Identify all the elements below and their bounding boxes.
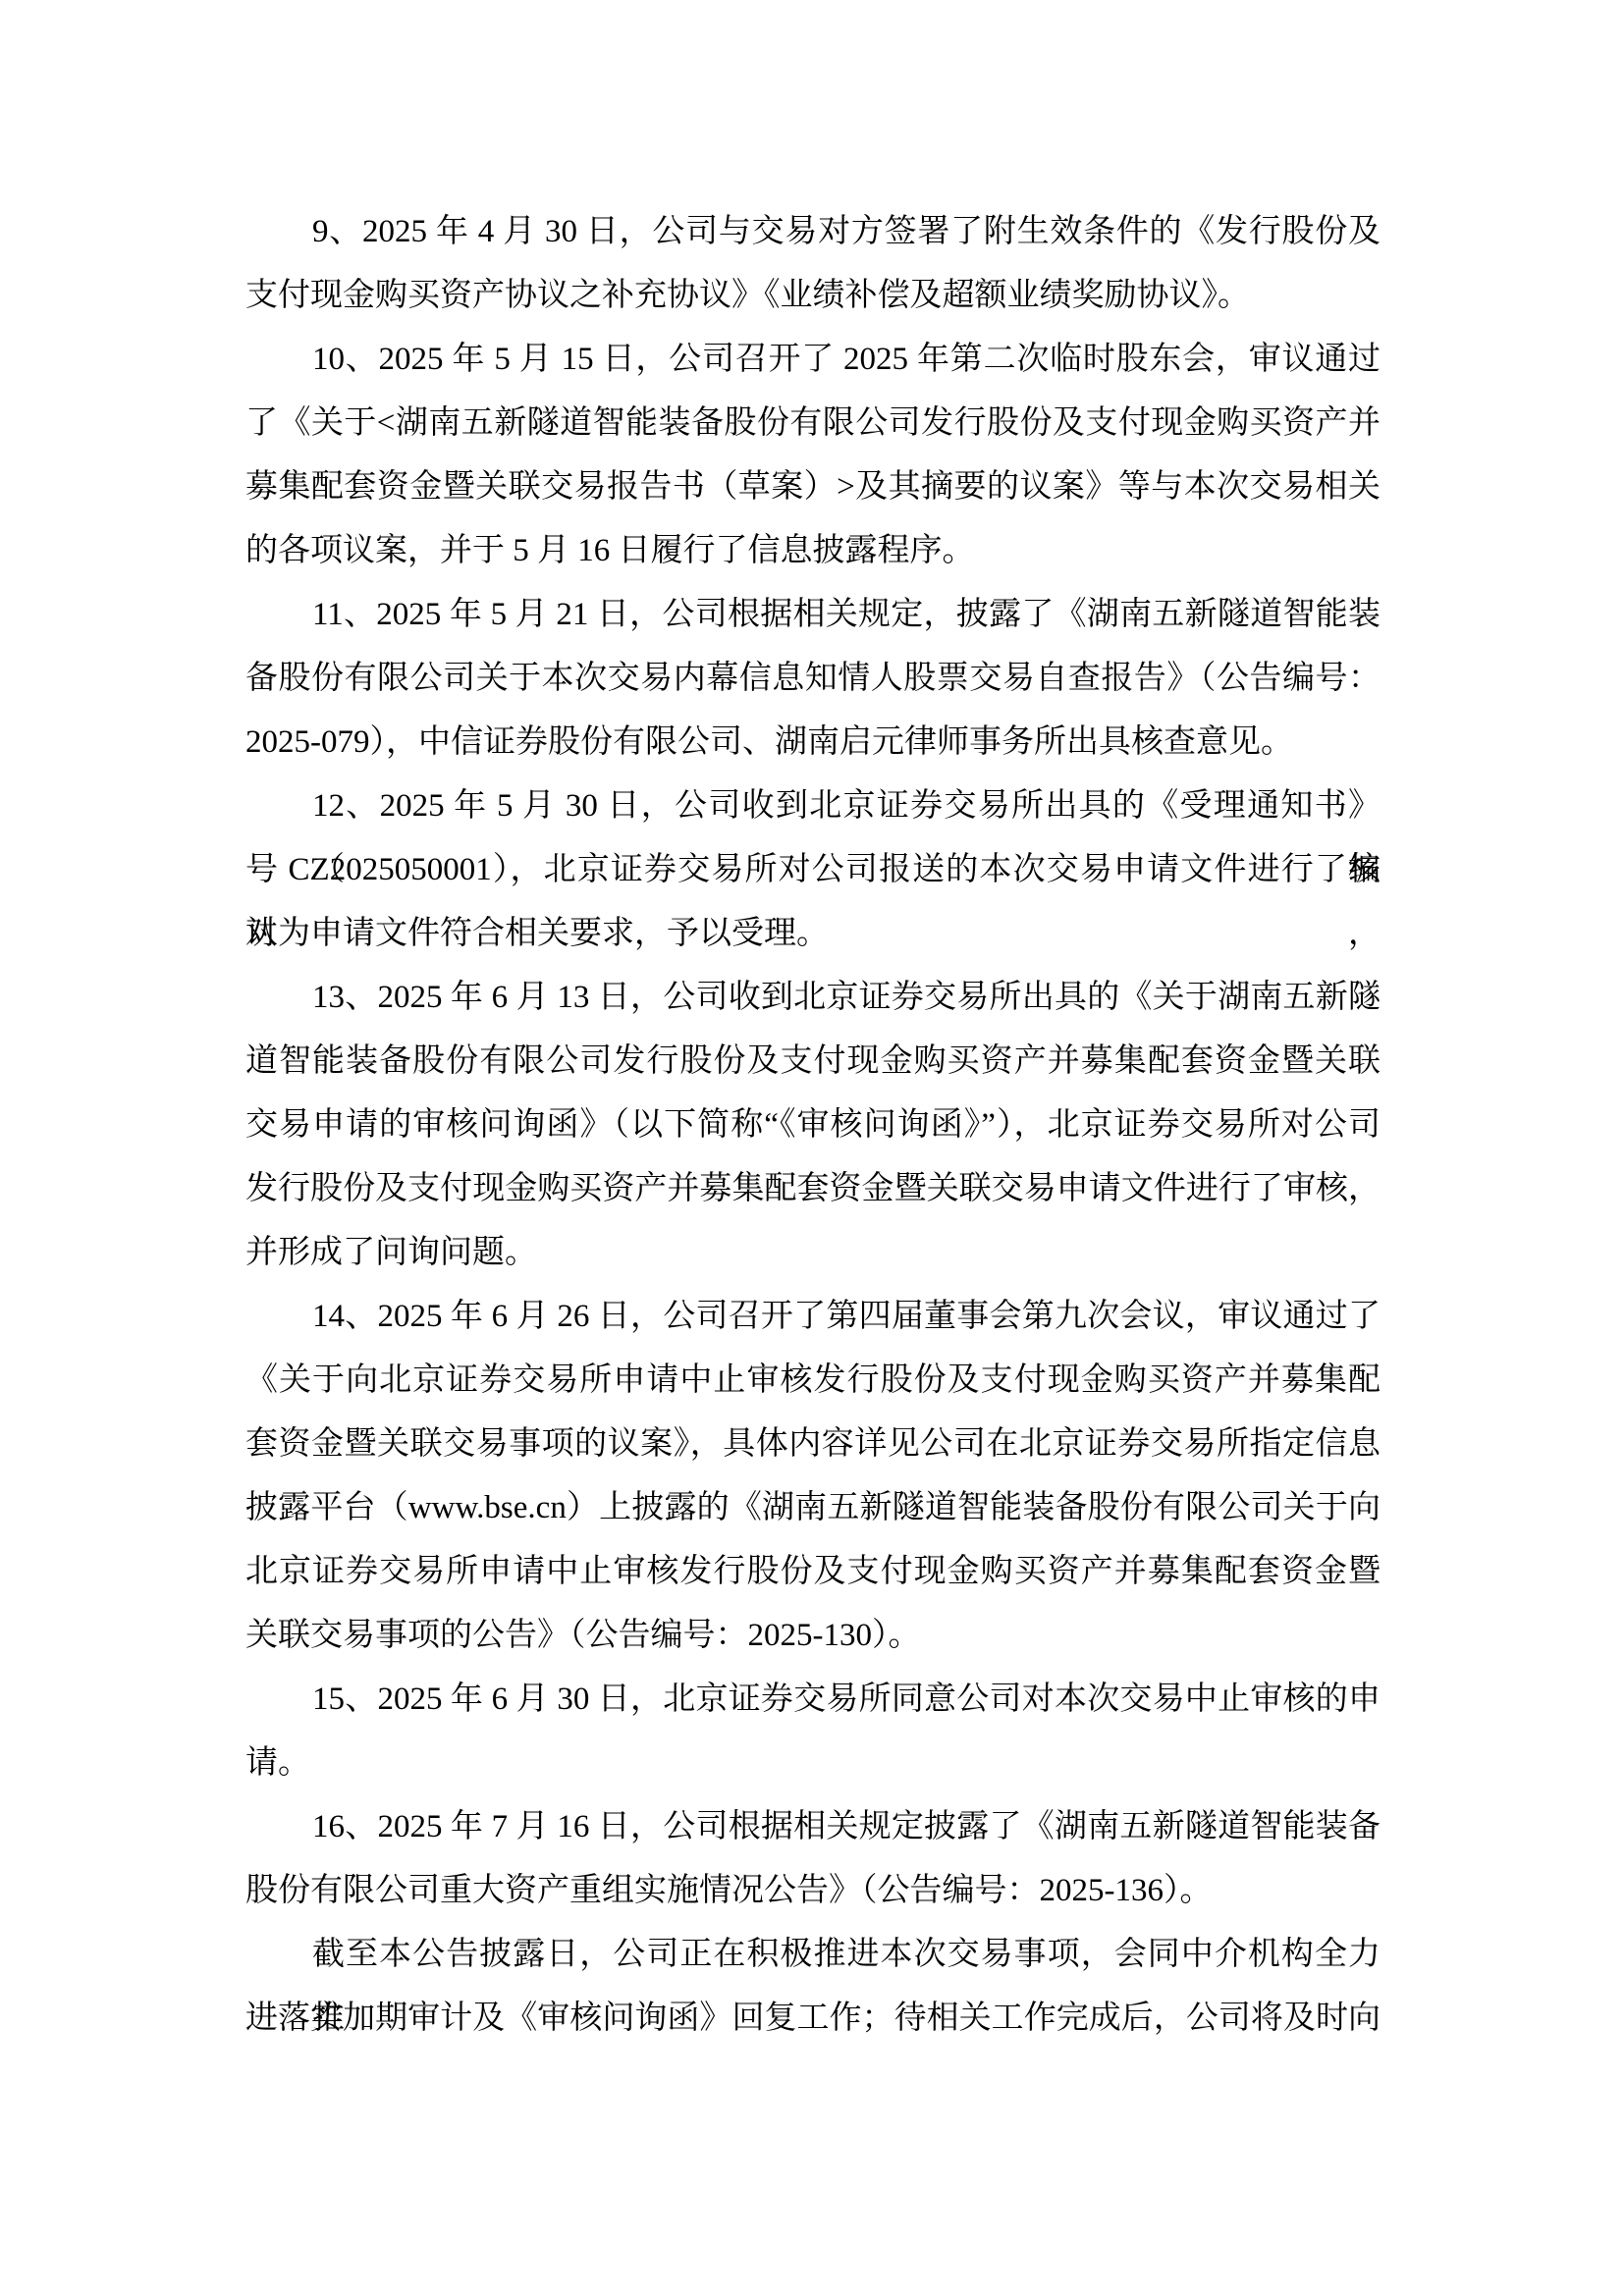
document-line: 号 CZ2025050001），北京证券交易所对公司报送的本次交易申请文件进行了… [245, 838, 1380, 902]
document-line: 备股份有限公司关于本次交易内幕信息知情人股票交易自查报告》（公告编号： [245, 647, 1380, 711]
document-line: 请。 [245, 1732, 1380, 1795]
document-line: 发行股份及支付现金购买资产并募集配套资金暨关联交易申请文件进行了审核， [245, 1157, 1380, 1221]
document-line: 募集配套资金暨关联交易报告书（草案）>及其摘要的议案》等与本次交易相关 [245, 455, 1380, 519]
document-line: 《关于向北京证券交易所申请中止审核发行股份及支付现金购买资产并募集配 [245, 1349, 1380, 1413]
document-text-block: 9、2025 年 4 月 30 日，公司与交易对方签署了附生效条件的《发行股份及… [245, 200, 1380, 2051]
document-line: 披露平台（www.bse.cn）上披露的《湖南五新隧道智能装备股份有限公司关于向 [245, 1476, 1380, 1540]
document-line: 2025-079），中信证券股份有限公司、湖南启元律师事务所出具核查意见。 [245, 711, 1380, 774]
document-line: 14、2025 年 6 月 26 日，公司召开了第四届董事会第九次会议，审议通过… [245, 1285, 1380, 1349]
document-line: 交易申请的审核问询函》（以下简称“《审核问询函》”），北京证券交易所对公司 [245, 1094, 1380, 1157]
document-line: 9、2025 年 4 月 30 日，公司与交易对方签署了附生效条件的《发行股份及 [245, 200, 1380, 264]
document-line: 股份有限公司重大资产重组实施情况公告》（公告编号：2025-136）。 [245, 1859, 1380, 1923]
document-line: 并形成了问询问题。 [245, 1221, 1380, 1285]
document-line: 北京证券交易所申请中止审核发行股份及支付现金购买资产并募集配套资金暨 [245, 1540, 1380, 1604]
document-line: 的各项议案，并于 5 月 16 日履行了信息披露程序。 [245, 519, 1380, 583]
document-line: 10、2025 年 5 月 15 日，公司召开了 2025 年第二次临时股东会，… [245, 328, 1380, 392]
document-line: 进落实加期审计及《审核问询函》回复工作；待相关工作完成后，公司将及时向 [245, 1987, 1380, 2051]
document-line: 截至本公告披露日，公司正在积极推进本次交易事项，会同中介机构全力推 [245, 1923, 1380, 1987]
document-line: 关联交易事项的公告》（公告编号：2025-130）。 [245, 1604, 1380, 1668]
document-line: 13、2025 年 6 月 13 日，公司收到北京证券交易所出具的《关于湖南五新… [245, 966, 1380, 1030]
document-line: 了《关于<湖南五新隧道智能装备股份有限公司发行股份及支付现金购买资产并 [245, 392, 1380, 455]
document-line: 支付现金购买资产协议之补充协议》《业绩补偿及超额业绩奖励协议》。 [245, 264, 1380, 328]
document-line: 15、2025 年 6 月 30 日，北京证券交易所同意公司对本次交易中止审核的… [245, 1668, 1380, 1732]
document-line: 道智能装备股份有限公司发行股份及支付现金购买资产并募集配套资金暨关联 [245, 1030, 1380, 1094]
document-line: 12、2025 年 5 月 30 日，公司收到北京证券交易所出具的《受理通知书》… [245, 774, 1380, 838]
document-line: 16、2025 年 7 月 16 日，公司根据相关规定披露了《湖南五新隧道智能装… [245, 1795, 1380, 1859]
document-page: 9、2025 年 4 月 30 日，公司与交易对方签署了附生效条件的《发行股份及… [0, 0, 1624, 2296]
document-line: 11、2025 年 5 月 21 日，公司根据相关规定，披露了《湖南五新隧道智能… [245, 583, 1380, 647]
document-line: 套资金暨关联交易事项的议案》，具体内容详见公司在北京证券交易所指定信息 [245, 1413, 1380, 1476]
